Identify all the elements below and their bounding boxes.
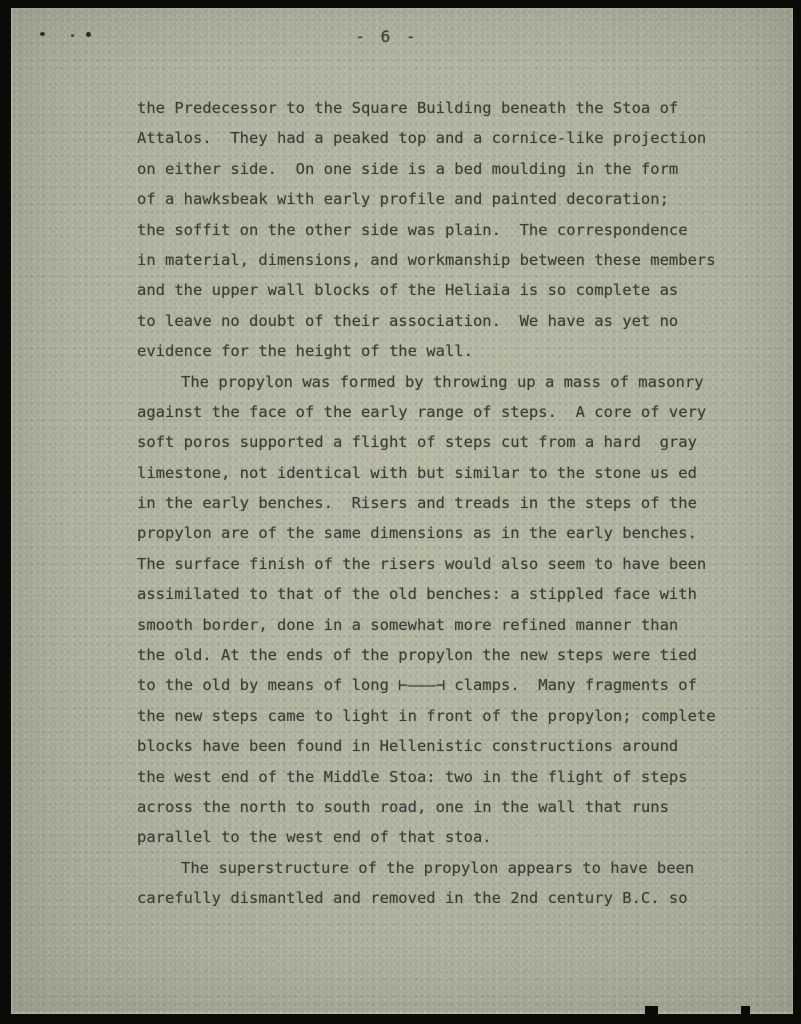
text-line: in material, dimensions, and workmanship…: [137, 245, 777, 275]
film-notch: [645, 1006, 658, 1014]
text-line: on either side. On one side is a bed mou…: [137, 154, 777, 184]
text-line: the Predecessor to the Square Building b…: [137, 93, 777, 123]
text-line: propylon are of the same dimensions as i…: [137, 518, 777, 548]
text-line: the old. At the ends of the propylon the…: [137, 640, 777, 670]
scan-background: - 6 - the Predecessor to the Square Buil…: [0, 0, 801, 1024]
text-line: The surface finish of the risers would a…: [137, 549, 777, 579]
text-line: carefully dismantled and removed in the …: [137, 883, 777, 913]
text-line: to the old by means of long ⊢———⊣ clamps…: [137, 670, 777, 700]
text-line: soft poros supported a flight of steps c…: [137, 427, 777, 457]
text-line: the new steps came to light in front of …: [137, 701, 777, 731]
ink-dot: [40, 32, 45, 36]
text-line: blocks have been found in Hellenistic co…: [137, 731, 777, 761]
ink-dot: [71, 34, 74, 37]
text-line: across the north to south road, one in t…: [137, 792, 777, 822]
document-page: - 6 - the Predecessor to the Square Buil…: [11, 8, 793, 1014]
text-line: parallel to the west end of that stoa.: [137, 822, 777, 852]
film-notch: [741, 1006, 750, 1014]
text-line: against the face of the early range of s…: [137, 397, 777, 427]
text-line: assimilated to that of the old benches: …: [137, 579, 777, 609]
page-number: - 6 -: [11, 27, 763, 46]
text-line: evidence for the height of the wall.: [137, 336, 777, 366]
text-line: and the upper wall blocks of the Heliaia…: [137, 275, 777, 305]
text-line: the soffit on the other side was plain. …: [137, 215, 777, 245]
ink-dot: [86, 32, 91, 37]
text-line: limestone, not identical with but simila…: [137, 458, 777, 488]
typed-text-body: the Predecessor to the Square Building b…: [137, 93, 777, 914]
text-line: in the early benches. Risers and treads …: [137, 488, 777, 518]
text-line: Attalos. They had a peaked top and a cor…: [137, 123, 777, 153]
text-line: smooth border, done in a somewhat more r…: [137, 610, 777, 640]
text-line: of a hawksbeak with early profile and pa…: [137, 184, 777, 214]
text-line: The superstructure of the propylon appea…: [137, 853, 777, 883]
text-line: the west end of the Middle Stoa: two in …: [137, 762, 777, 792]
text-line: to leave no doubt of their association. …: [137, 306, 777, 336]
text-line: The propylon was formed by throwing up a…: [137, 367, 777, 397]
